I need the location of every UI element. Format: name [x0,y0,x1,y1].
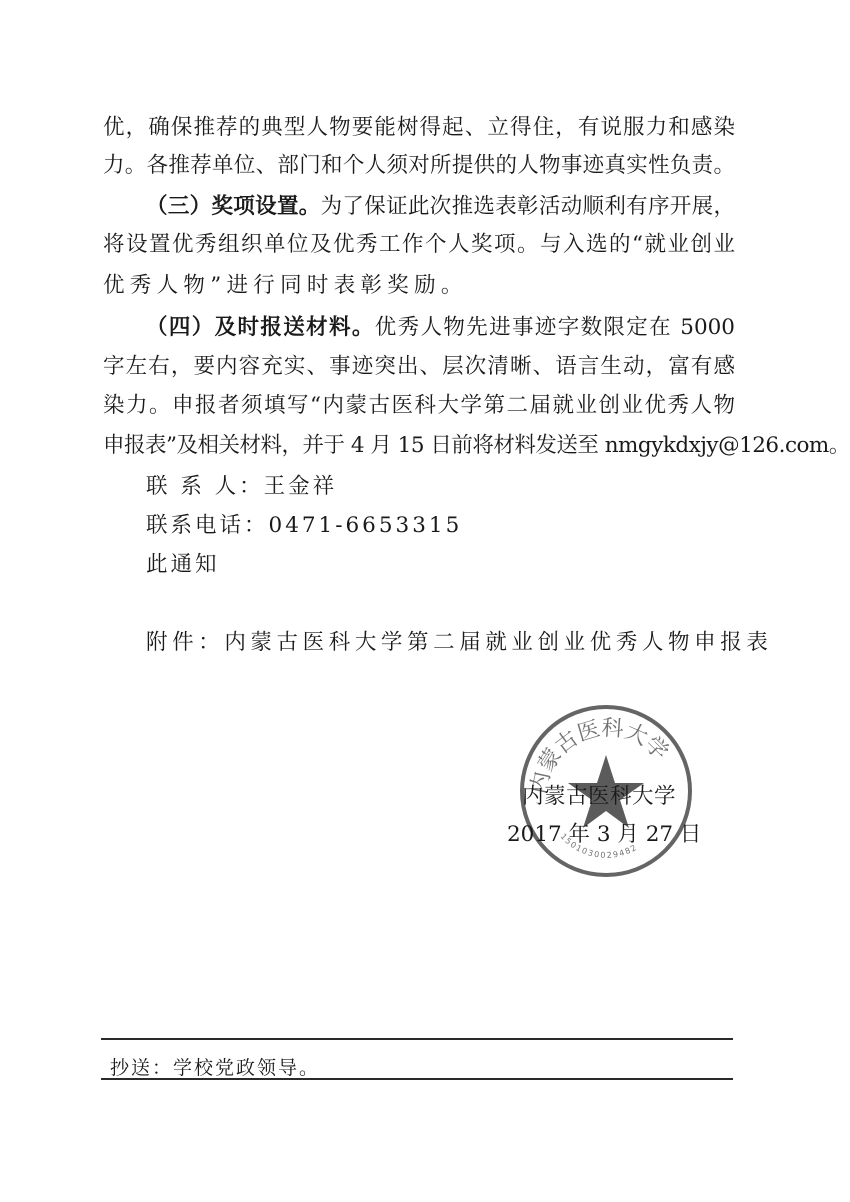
contact-phone: 联系电话：0471-6653315 [146,506,735,546]
cc-recipients: 学校党政领导。 [173,1057,320,1079]
contact-person-name: 王金祥 [264,474,338,499]
body-line: 将设置优秀组织单位及优秀工作个人奖项。与入选的“就业创业 [103,225,735,265]
contact-phone-label: 联系电话： [146,513,269,538]
contact-person-label: 联 系 人： [146,474,264,499]
body-line-with-email: 申报表”及相关材料，并于 4 月 15 日前将材料发送至 nmgykdxjy@1… [103,426,735,466]
body-line: 力。各推荐单位、部门和个人须对所提供的人物事迹真实性负责。 [103,146,735,186]
section-4-text: 优秀人物先进事迹字数限定在 5000 [375,315,735,340]
closing-text: 此通知 [146,545,735,585]
attachment-label: 附件： [146,630,224,655]
section-4-heading: （四）及时报送材料。 [146,315,375,340]
footer-top-rule [101,1038,733,1040]
body-line: 字左右，要内容充实、事迹突出、层次清晰、语言生动，富有感 [103,347,735,387]
signature-date: 2017 年 3 月 27 日 [507,817,701,853]
attachment: 附件：内蒙古医科大学第二届就业创业优秀人物申报表 [146,623,735,663]
body-line: 优秀人物”进行同时表彰奖励。 [103,266,735,306]
footer-bottom-rule [101,1078,733,1080]
section-4-first-line: （四）及时报送材料。优秀人物先进事迹字数限定在 5000 [146,308,735,348]
contact-phone-number: 0471-6653315 [269,513,463,538]
section-3-text: 为了保证此次推选表彰活动顺利有序开展， [321,194,735,219]
body-line: 染力。申报者须填写“内蒙古医科大学第二届就业创业优秀人物 [103,386,735,426]
section-3-heading: （三）奖项设置。 [146,194,321,219]
cc-label: 抄送： [110,1057,173,1079]
body-line: 优，确保推荐的典型人物要能树得起、立得住，有说服力和感染 [103,108,735,148]
signature-organization: 内蒙古医科大学 [522,779,676,815]
document-page: 优，确保推荐的典型人物要能树得起、立得住，有说服力和感染 力。各推荐单位、部门和… [0,0,850,1202]
section-3-first-line: （三）奖项设置。为了保证此次推选表彰活动顺利有序开展， [146,187,735,227]
attachment-title: 内蒙古医科大学第二届就业创业优秀人物申报表 [224,630,772,655]
contact-person: 联 系 人：王金祥 [146,467,735,507]
